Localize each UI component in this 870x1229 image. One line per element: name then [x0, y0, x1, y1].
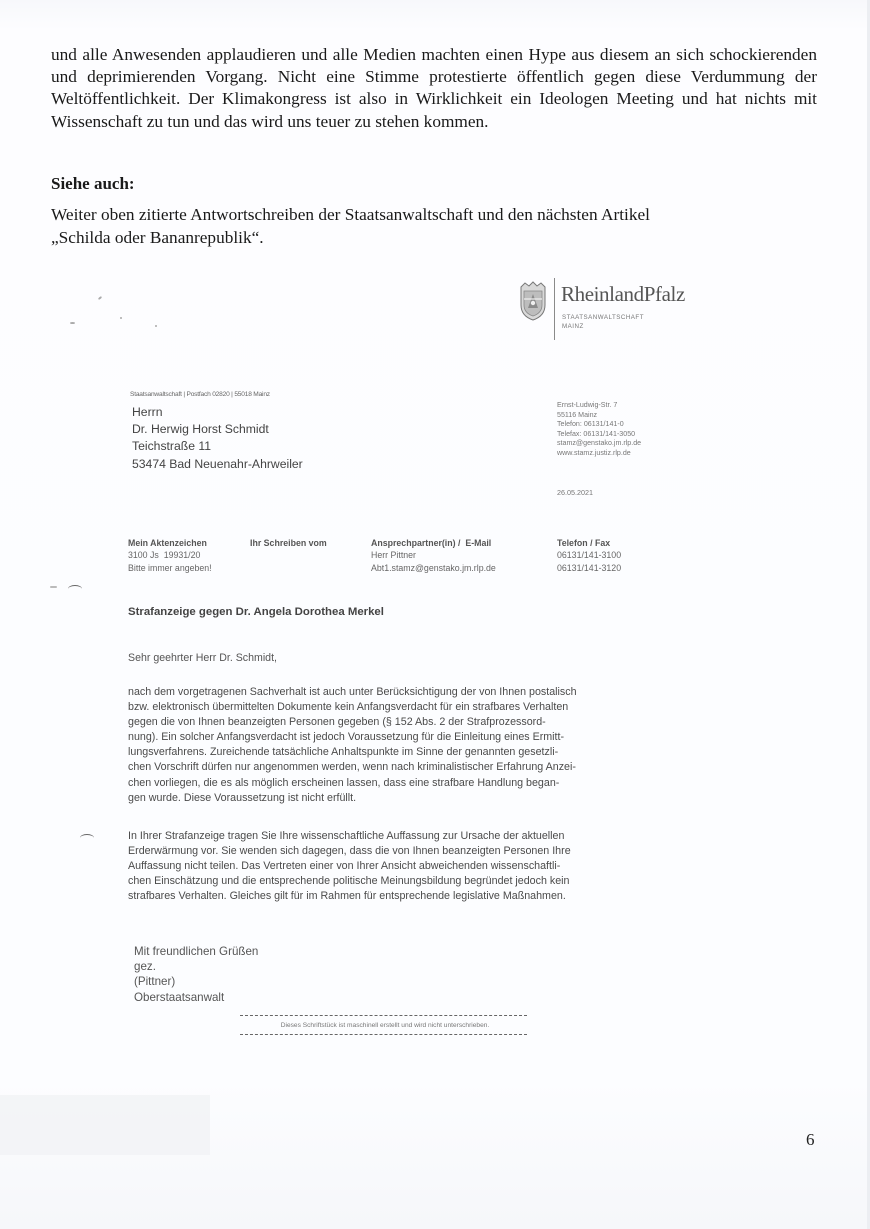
letter-paragraph: In Ihrer Strafanzeige tragen Sie Ihre wi…: [128, 829, 668, 904]
meta-ansprechpartner: Ansprechpartner(in) / E-Mail Herr Pittne…: [371, 537, 496, 574]
meta-label: Ansprechpartner(in) / E-Mail: [371, 537, 496, 549]
recipient-street: Teichstraße 11: [132, 438, 303, 455]
meta-note: Bitte immer angeben!: [128, 562, 212, 574]
letter-subject: Strafanzeige gegen Dr. Angela Dorothea M…: [128, 606, 384, 618]
scan-speck: [120, 317, 122, 319]
sender-line: Staatsanwaltschaft | Postfach 02820 | 55…: [130, 391, 270, 398]
meta-value: Herr Pittner: [371, 549, 496, 561]
meta-email: Abt1.stamz@genstako.jm.rlp.de: [371, 562, 496, 574]
see-also-heading: Siehe auch:: [51, 174, 135, 194]
letterhead-logo: RheinlandPfalz STAATSANWALTSCHAFT MAINZ: [518, 278, 718, 344]
contact-fax: Telefax: 06131/141-3050: [557, 430, 641, 440]
meta-label: Mein Aktenzeichen: [128, 537, 212, 549]
signature-line: [240, 1015, 527, 1016]
logo-sub-line: STAATSANWALTSCHAFT: [562, 314, 644, 323]
scan-speck: [50, 586, 57, 588]
recipient-city: 53474 Bad Neuenahr-Ahrweiler: [132, 456, 303, 473]
letter-greeting: Sehr geehrter Herr Dr. Schmidt,: [128, 652, 277, 664]
letter-closing: Mit freundlichen Grüßen gez. (Pittner) O…: [134, 944, 258, 1005]
logo-sub-line: MAINZ: [562, 323, 644, 332]
signature-note: Dieses Schriftstück ist maschinell erste…: [240, 1022, 530, 1029]
scan-speck: [155, 325, 157, 327]
intro-paragraph: und alle Anwesenden applaudieren und all…: [51, 44, 817, 133]
meta-value: 06131/141-3120: [557, 562, 621, 574]
scan-shadow: [0, 1095, 210, 1155]
contact-city: 55116 Mainz: [557, 411, 641, 421]
meta-label: Telefon / Fax: [557, 537, 621, 549]
recipient-name: Dr. Herwig Horst Schmidt: [132, 421, 303, 438]
contact-phone: Telefon: 06131/141-0: [557, 420, 641, 430]
recipient-salutation: Herrn: [132, 404, 303, 421]
article-text: und alle Anwesenden applaudieren und all…: [51, 44, 817, 133]
meta-aktenzeichen: Mein Aktenzeichen 3100 Js 19931/20 Bitte…: [128, 537, 212, 574]
coat-of-arms-icon: [518, 281, 548, 321]
contact-email: stamz@genstako.jm.rlp.de: [557, 439, 641, 449]
meta-value: 3100 Js 19931/20: [128, 549, 212, 561]
meta-value: 06131/141-3100: [557, 549, 621, 561]
logo-brand: RheinlandPfalz: [561, 282, 685, 307]
contact-street: Ernst-Ludwig-Str. 7: [557, 401, 641, 411]
logo-subtitle: STAATSANWALTSCHAFT MAINZ: [562, 314, 644, 331]
page-number: 6: [806, 1130, 815, 1150]
see-also-link[interactable]: „Schilda oder Bananrepublik“.: [51, 227, 811, 250]
sender-contact: Ernst-Ludwig-Str. 7 55116 Mainz Telefon:…: [557, 401, 641, 459]
punch-hole-mark: [80, 834, 94, 842]
letter-date: 26.05.2021: [557, 488, 593, 497]
see-also-text: Weiter oben zitierte Antwortschreiben de…: [51, 204, 811, 249]
recipient-address: Herrn Dr. Herwig Horst Schmidt Teichstra…: [132, 404, 303, 473]
signature-line: [240, 1034, 527, 1035]
punch-hole-mark: [68, 585, 82, 593]
meta-schreiben: Ihr Schreiben vom: [250, 537, 327, 549]
meta-telefon: Telefon / Fax 06131/141-3100 06131/141-3…: [557, 537, 621, 574]
see-also-line: Weiter oben zitierte Antwortschreiben de…: [51, 204, 811, 227]
scan-speck: [70, 322, 75, 324]
contact-web: www.stamz.justiz.rlp.de: [557, 449, 641, 459]
meta-label: Ihr Schreiben vom: [250, 537, 327, 549]
logo-divider: [554, 278, 555, 340]
letter-paragraph: nach dem vorgetragenen Sachverhalt ist a…: [128, 685, 668, 806]
